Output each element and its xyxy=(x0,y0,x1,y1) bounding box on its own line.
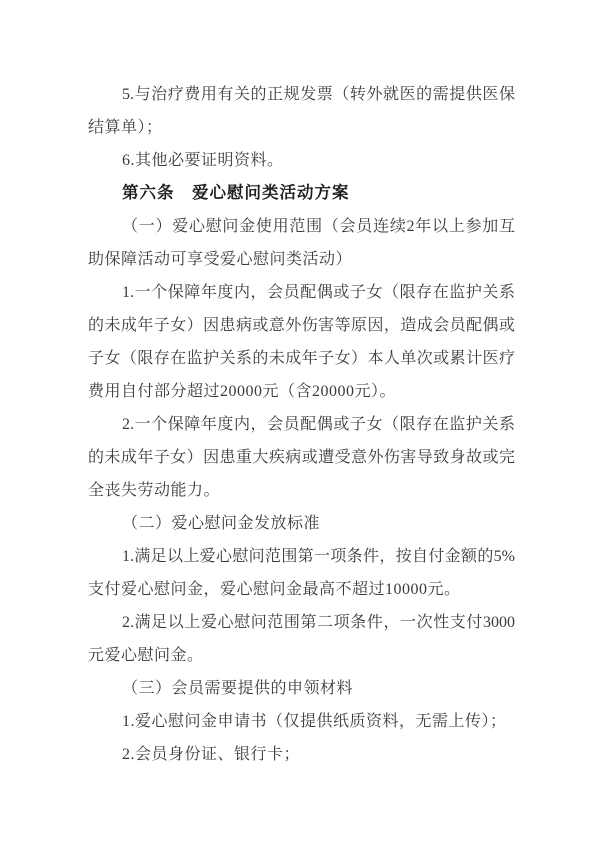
text-line: 的未成年子女）因患重大疾病或遭受意外伤害导致身故或完 xyxy=(88,441,515,474)
text-line: 5.与治疗费用有关的正规发票（转外就医的需提供医保 xyxy=(88,78,515,111)
text-line: 助保障活动可享受爱心慰问类活动） xyxy=(88,243,515,276)
article-heading: 第六条 爱心慰问类活动方案 xyxy=(88,177,515,210)
text-line: 1.爱心慰问金申请书（仅提供纸质资料，无需上传）； xyxy=(88,705,515,738)
text-line: 1.一个保障年度内，会员配偶或子女（限存在监护关系 xyxy=(88,276,515,309)
text-line: （一）爱心慰问金使用范围（会员连续2年以上参加互 xyxy=(88,210,515,243)
text-line: 全丧失劳动能力。 xyxy=(88,474,515,507)
text-line: 元爱心慰问金。 xyxy=(88,639,515,672)
section-subheading: （三）会员需要提供的申领材料 xyxy=(88,672,515,705)
text-line: 的未成年子女）因患病或意外伤害等原因，造成会员配偶或 xyxy=(88,309,515,342)
text-line: 2.满足以上爱心慰问范围第二项条件，一次性支付3000 xyxy=(88,606,515,639)
document-text-block: 5.与治疗费用有关的正规发票（转外就医的需提供医保 结算单）； 6.其他必要证明… xyxy=(88,78,515,771)
text-line: 6.其他必要证明资料。 xyxy=(88,144,515,177)
document-page: 5.与治疗费用有关的正规发票（转外就医的需提供医保 结算单）； 6.其他必要证明… xyxy=(0,0,600,848)
section-subheading: （二）爱心慰问金发放标准 xyxy=(88,507,515,540)
text-line: 费用自付部分超过20000元（含20000元）。 xyxy=(88,375,515,408)
text-line: 支付爱心慰问金，爱心慰问金最高不超过10000元。 xyxy=(88,573,515,606)
text-line: 2.会员身份证、银行卡； xyxy=(88,738,515,771)
text-line: 结算单）； xyxy=(88,111,515,144)
text-line: 2.一个保障年度内，会员配偶或子女（限存在监护关系 xyxy=(88,408,515,441)
text-line: 1.满足以上爱心慰问范围第一项条件，按自付金额的5% xyxy=(88,540,515,573)
text-line: 子女（限存在监护关系的未成年子女）本人单次或累计医疗 xyxy=(88,342,515,375)
